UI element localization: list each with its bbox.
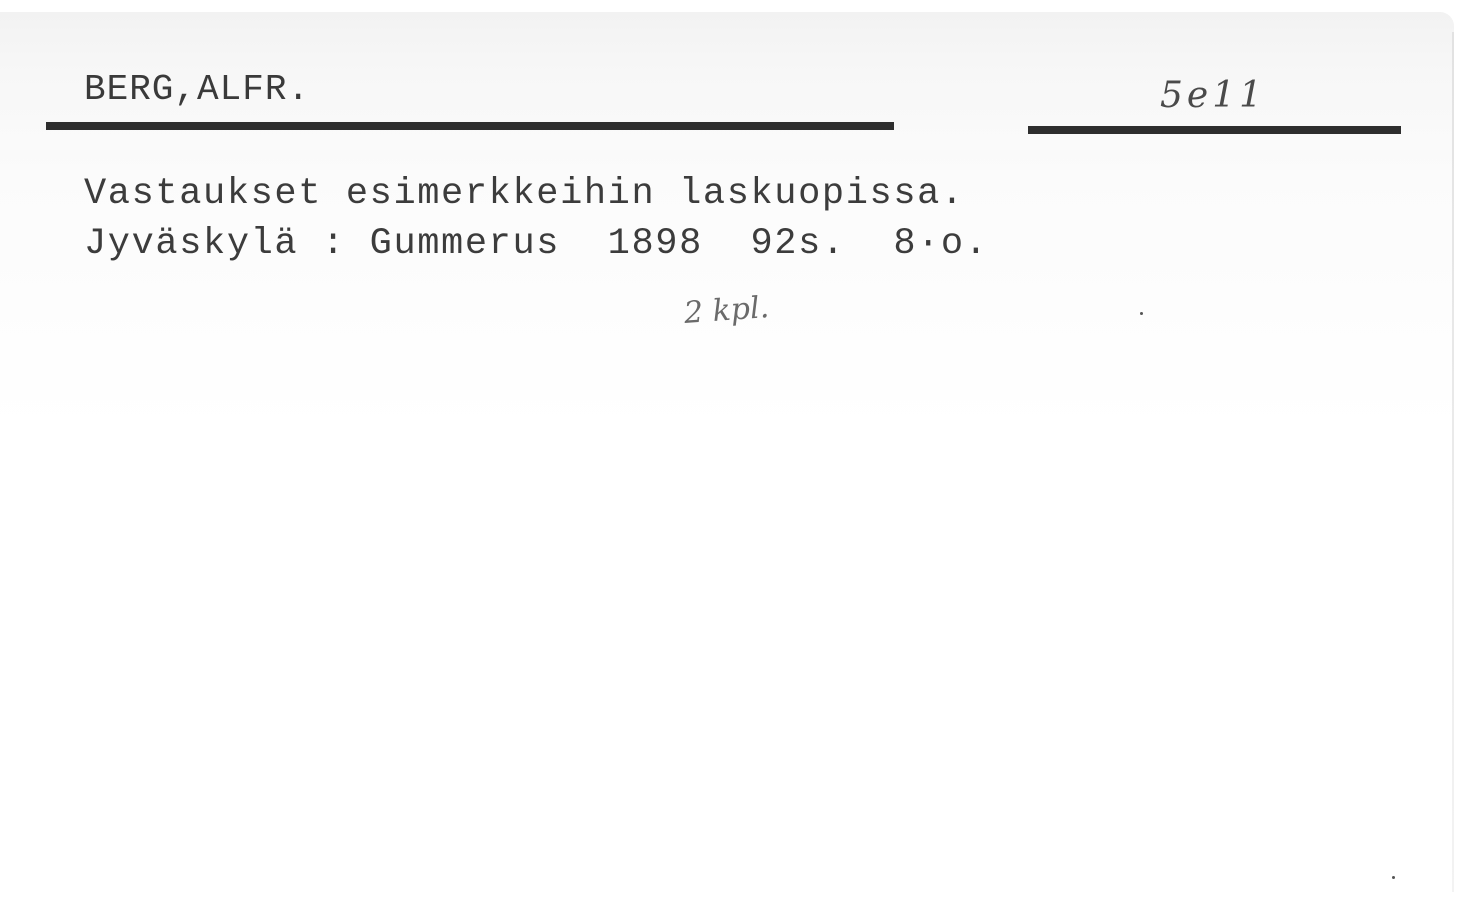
author-heading: BERG,ALFR. [84,72,310,108]
ink-speck [1140,312,1143,315]
call-number: 5e11 [1160,78,1266,114]
handwritten-copies-note: 2 kpl. [683,293,770,329]
catalog-card: BERG,ALFR. 5e11 Vastaukset esimerkkeihin… [0,12,1454,897]
heading-rule [46,122,894,130]
title-line: Vastaukset esimerkkeihin laskuopissa. [84,176,965,213]
call-number-rule [1028,126,1401,134]
ink-speck [1392,876,1395,879]
imprint-line: Jyväskylä : Gummerus 1898 92s. 8·o. [84,226,989,263]
